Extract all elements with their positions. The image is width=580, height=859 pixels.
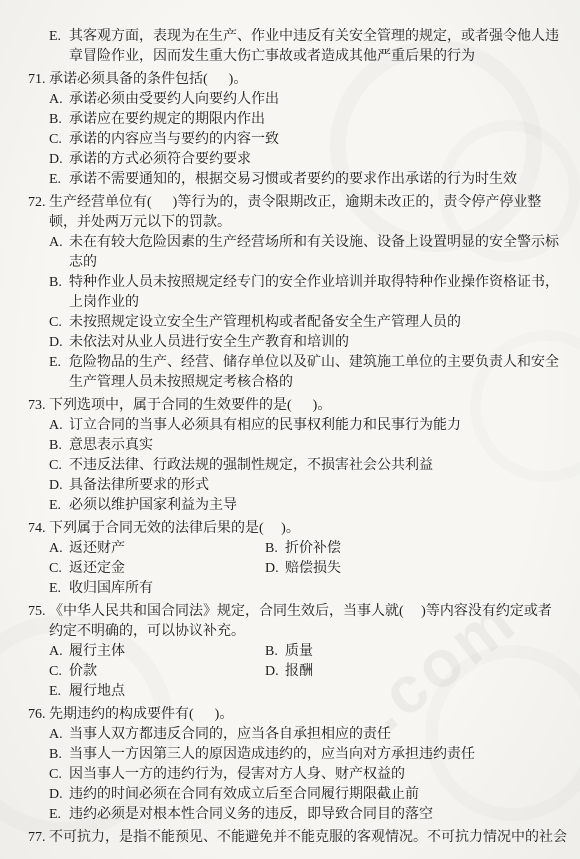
option-label: E. [49, 27, 69, 47]
question-block: 73.下列选项中，属于合同的生效要件的是( )。A.订立合同的当事人必须具有相应… [28, 396, 580, 516]
question-stem-text: 顿，并处两万元以下的罚款。 [49, 213, 231, 233]
question-stem-line: 74.下列属于合同无效的法律后果的是( )。 [28, 519, 580, 539]
option-line: B.承诺应在要约规定的期限内作出 [28, 110, 580, 130]
option-text: 志的 [69, 253, 97, 273]
question-number: 71. [28, 70, 49, 90]
option-text: 质量 [285, 642, 313, 662]
option-text: 赔偿损失 [285, 559, 341, 579]
option-label: B. [49, 745, 69, 765]
question-number: 77. [28, 828, 49, 848]
question-stem-text: 下列属于合同无效的法律后果的是( )。 [49, 519, 300, 539]
question-stem-line: 顿，并处两万元以下的罚款。 [28, 213, 580, 233]
option-text: 违约的时间必须在合同有效成立后至合同履行期限截止前 [69, 785, 419, 805]
option-text: 特种作业人员未按照规定经专门的安全作业培训并取得特种作业操作资格证书， [69, 273, 559, 293]
option-cell: D.报酬 [265, 662, 313, 682]
question-block: E.其客观方面，表现为在生产、作业中违反有关安全管理的规定，或者强令他人违章冒险… [28, 27, 580, 67]
option-label: A. [49, 90, 69, 110]
document-page: .com E.其客观方面，表现为在生产、作业中违反有关安全管理的规定，或者强令他… [0, 0, 580, 859]
option-text: 承诺必须由受要约人向要约人作出 [69, 90, 279, 110]
option-text: 不违反法律、行政法规的强制性规定，不损害社会公共利益 [69, 456, 433, 476]
option-label: D. [49, 785, 69, 805]
option-line: D.未依法对从业人员进行安全生产教育和培训的 [28, 333, 580, 353]
question-list: E.其客观方面，表现为在生产、作业中违反有关安全管理的规定，或者强令他人违章冒险… [0, 0, 580, 848]
option-label: E. [49, 353, 69, 373]
option-text: 承诺的内容应当与要约的内容一致 [69, 130, 279, 150]
question-number: 75. [28, 602, 49, 622]
option-cell: B.质量 [265, 642, 313, 662]
option-text: 必须以维护国家利益为主导 [69, 496, 237, 516]
option-row: C.价款D.报酬 [28, 662, 580, 682]
option-label: A. [49, 539, 69, 559]
option-text: 生产管理人员未按照规定考核合格的 [69, 373, 293, 393]
option-line: A.未在有较大危险因素的生产经营场所和有关设施、设备上设置明显的安全警示标 [28, 233, 580, 253]
option-text: 其客观方面，表现为在生产、作业中违反有关安全管理的规定，或者强令他人违 [69, 27, 559, 47]
option-line: C.承诺的内容应当与要约的内容一致 [28, 130, 580, 150]
option-line: D.具备法律所要求的形式 [28, 476, 580, 496]
option-text: 危险物品的生产、经营、储存单位以及矿山、建筑施工单位的主要负责人和安全 [69, 353, 559, 373]
option-text: 未在有较大危险因素的生产经营场所和有关设施、设备上设置明显的安全警示标 [69, 233, 559, 253]
option-text: 当事人双方都违反合同的，应当各自承担相应的责任 [69, 725, 391, 745]
question-stem-text: 承诺必须具备的条件包括( )。 [49, 70, 247, 90]
option-label: A. [49, 416, 69, 436]
option-label: D. [49, 476, 69, 496]
option-label: A. [49, 642, 69, 662]
option-text: 未按照规定设立安全生产管理机构或者配备安全生产管理人员的 [69, 313, 461, 333]
question-stem-line: 71.承诺必须具备的条件包括( )。 [28, 70, 580, 90]
question-block: 76.先期违约的构成要件有( )。A.当事人双方都违反合同的，应当各自承担相应的… [28, 705, 580, 825]
option-text: 收归国库所有 [69, 579, 153, 599]
option-text: 承诺的方式必须符合要约要求 [69, 150, 251, 170]
option-text: 承诺应在要约规定的期限内作出 [69, 110, 265, 130]
question-stem-text: 生产经营单位有( )等行为的，责令限期改正，逾期未改正的，责令停产停业整 [49, 193, 541, 213]
option-text: 履行主体 [69, 642, 125, 662]
option-text: 当事人一方因第三人的原因造成违约的，应当向对方承担违约责任 [69, 745, 475, 765]
option-cell: E.收归国库所有 [49, 579, 153, 599]
option-text: 因当事人一方的违约行为，侵害对方人身、财产权益的 [69, 765, 405, 785]
question-number: 72. [28, 193, 49, 213]
option-row: A.履行主体B.质量 [28, 642, 580, 662]
option-row: E.履行地点 [28, 682, 580, 702]
question-stem-line: 76.先期违约的构成要件有( )。 [28, 705, 580, 725]
option-label: D. [265, 559, 285, 579]
option-text: 未依法对从业人员进行安全生产教育和培训的 [69, 333, 349, 353]
option-label: C. [49, 662, 69, 682]
option-line: 上岗作业的 [28, 293, 580, 313]
option-text: 订立合同的当事人必须具有相应的民事权利能力和民事行为能力 [69, 416, 461, 436]
option-text: 报酬 [285, 662, 313, 682]
question-stem-text: 约定不明确的，可以协议补充。 [49, 622, 245, 642]
question-block: 71.承诺必须具备的条件包括( )。A.承诺必须由受要约人向要约人作出B.承诺应… [28, 70, 580, 190]
question-block: 77.不可抗力，是指不能预见、不能避免并不能克服的客观情况。不可抗力情况中的社会 [28, 828, 580, 848]
option-text: 返还财产 [69, 539, 125, 559]
option-line: E.必须以维护国家利益为主导 [28, 496, 580, 516]
option-line: A.当事人双方都违反合同的，应当各自承担相应的责任 [28, 725, 580, 745]
option-cell: A.履行主体 [49, 642, 265, 662]
option-text: 履行地点 [69, 682, 125, 702]
option-label: C. [49, 765, 69, 785]
option-cell: C.返还定金 [49, 559, 265, 579]
option-label: C. [49, 456, 69, 476]
option-text: 价款 [69, 662, 97, 682]
option-text: 意思表示真实 [69, 436, 153, 456]
option-line: B.特种作业人员未按照规定经专门的安全作业培训并取得特种作业操作资格证书， [28, 273, 580, 293]
question-stem-text: 下列选项中，属于合同的生效要件的是( )。 [49, 396, 331, 416]
question-block: 75.《中华人民共和国合同法》规定，合同生效后，当事人就( )等内容没有约定或者… [28, 602, 580, 702]
option-text: 返还定金 [69, 559, 125, 579]
option-label: E. [49, 805, 69, 825]
option-cell: B.折价补偿 [265, 539, 341, 559]
option-label: C. [49, 313, 69, 333]
option-label: A. [49, 725, 69, 745]
question-number: 76. [28, 705, 49, 725]
option-line: C.因当事人一方的违约行为，侵害对方人身、财产权益的 [28, 765, 580, 785]
option-cell: E.履行地点 [49, 682, 125, 702]
option-label: E. [49, 579, 69, 599]
question-stem-line: 75.《中华人民共和国合同法》规定，合同生效后，当事人就( )等内容没有约定或者 [28, 602, 580, 622]
question-number: 73. [28, 396, 49, 416]
question-stem-line: 72.生产经营单位有( )等行为的，责令限期改正，逾期未改正的，责令停产停业整 [28, 193, 580, 213]
option-cell: D.赔偿损失 [265, 559, 341, 579]
option-label: B. [265, 642, 285, 662]
question-stem-text: 不可抗力，是指不能预见、不能避免并不能克服的客观情况。不可抗力情况中的社会 [49, 828, 567, 848]
option-text: 承诺不需要通知的，根据交易习惯或者要约的要求作出承诺的行为时生效 [69, 170, 517, 190]
option-line: E.其客观方面，表现为在生产、作业中违反有关安全管理的规定，或者强令他人违 [28, 27, 580, 47]
option-line: 章冒险作业，因而发生重大伤亡事故或者造成其他严重后果的行为 [28, 47, 580, 67]
option-label: C. [49, 130, 69, 150]
option-line: B.意思表示真实 [28, 436, 580, 456]
option-row: A.返还财产B.折价补偿 [28, 539, 580, 559]
option-line: E.危险物品的生产、经营、储存单位以及矿山、建筑施工单位的主要负责人和安全 [28, 353, 580, 373]
option-label: E. [49, 496, 69, 516]
option-label: B. [49, 110, 69, 130]
option-text: 折价补偿 [285, 539, 341, 559]
option-label: C. [49, 559, 69, 579]
option-text: 章冒险作业，因而发生重大伤亡事故或者造成其他严重后果的行为 [69, 47, 475, 67]
option-label: B. [49, 273, 69, 293]
question-stem-text: 先期违约的构成要件有( )。 [49, 705, 233, 725]
option-row: E.收归国库所有 [28, 579, 580, 599]
question-block: 74.下列属于合同无效的法律后果的是( )。A.返还财产B.折价补偿C.返还定金… [28, 519, 580, 599]
question-block: 72.生产经营单位有( )等行为的，责令限期改正，逾期未改正的，责令停产停业整顿… [28, 193, 580, 393]
option-label: D. [265, 662, 285, 682]
option-line: E.违约必须是对根本性合同义务的违反，即导致合同目的落空 [28, 805, 580, 825]
option-line: D.承诺的方式必须符合要约要求 [28, 150, 580, 170]
question-number: 74. [28, 519, 49, 539]
option-label: D. [49, 333, 69, 353]
option-line: C.未按照规定设立安全生产管理机构或者配备安全生产管理人员的 [28, 313, 580, 333]
option-label: E. [49, 682, 69, 702]
question-stem-line: 73.下列选项中，属于合同的生效要件的是( )。 [28, 396, 580, 416]
option-line: C.不违反法律、行政法规的强制性规定，不损害社会公共利益 [28, 456, 580, 476]
option-label: B. [265, 539, 285, 559]
option-text: 具备法律所要求的形式 [69, 476, 209, 496]
option-label: B. [49, 436, 69, 456]
option-cell: A.返还财产 [49, 539, 265, 559]
option-line: A.承诺必须由受要约人向要约人作出 [28, 90, 580, 110]
option-row: C.返还定金D.赔偿损失 [28, 559, 580, 579]
option-label: D. [49, 150, 69, 170]
option-label: A. [49, 233, 69, 253]
option-line: 志的 [28, 253, 580, 273]
question-stem-line: 约定不明确的，可以协议补充。 [28, 622, 580, 642]
option-label: E. [49, 170, 69, 190]
option-line: 生产管理人员未按照规定考核合格的 [28, 373, 580, 393]
option-text: 违约必须是对根本性合同义务的违反，即导致合同目的落空 [69, 805, 433, 825]
option-cell: C.价款 [49, 662, 265, 682]
option-line: A.订立合同的当事人必须具有相应的民事权利能力和民事行为能力 [28, 416, 580, 436]
option-line: E.承诺不需要通知的，根据交易习惯或者要约的要求作出承诺的行为时生效 [28, 170, 580, 190]
option-text: 上岗作业的 [69, 293, 139, 313]
question-stem-text: 《中华人民共和国合同法》规定，合同生效后，当事人就( )等内容没有约定或者 [49, 602, 552, 622]
option-line: B.当事人一方因第三人的原因造成违约的，应当向对方承担违约责任 [28, 745, 580, 765]
option-line: D.违约的时间必须在合同有效成立后至合同履行期限截止前 [28, 785, 580, 805]
question-stem-line: 77.不可抗力，是指不能预见、不能避免并不能克服的客观情况。不可抗力情况中的社会 [28, 828, 580, 848]
